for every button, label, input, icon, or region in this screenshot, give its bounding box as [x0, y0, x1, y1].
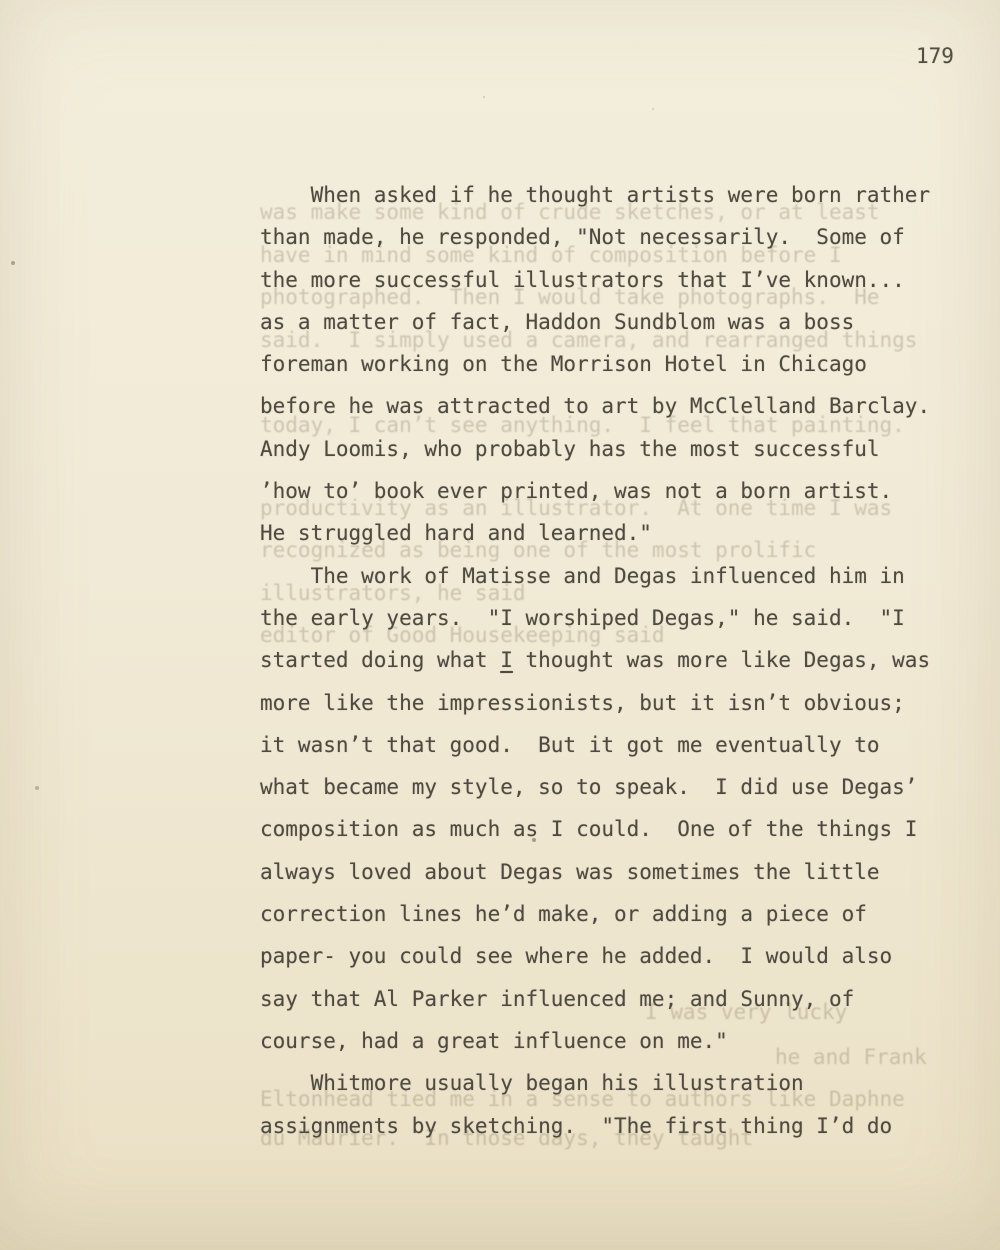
typed-line: the early years. "I worshiped Degas," he…	[260, 597, 930, 639]
typed-line: Whitmore usually began his illustration	[260, 1062, 930, 1104]
typed-line: what became my style, so to speak. I did…	[260, 766, 930, 808]
typed-line: Andy Loomis, who probably has the most s…	[260, 428, 930, 470]
manuscript-page: was make some kind of crude sketches, or…	[0, 0, 1000, 1250]
typed-line: When asked if he thought artists were bo…	[260, 174, 930, 216]
typed-line: correction lines he’d make, or adding a …	[260, 893, 930, 935]
typed-line: ’how to’ book ever printed, was not a bo…	[260, 470, 930, 512]
typed-text-block: When asked if he thought artists were bo…	[260, 174, 930, 1147]
typed-line: assignments by sketching. "The first thi…	[260, 1105, 930, 1147]
page-number: 179	[916, 44, 954, 68]
typed-line: foreman working on the Morrison Hotel in…	[260, 343, 930, 385]
typed-line: it wasn’t that good. But it got me event…	[260, 724, 930, 766]
typed-line: as a matter of fact, Haddon Sundblom was…	[260, 301, 930, 343]
typed-line: more like the impressionists, but it isn…	[260, 682, 930, 724]
typed-line: always loved about Degas was sometimes t…	[260, 851, 930, 893]
typed-line: say that Al Parker influenced me; and Su…	[260, 978, 930, 1020]
typed-line: paper- you could see where he added. I w…	[260, 935, 930, 977]
typed-line: started doing what I thought was more li…	[260, 639, 930, 681]
paper-specks	[0, 0, 2, 2]
typed-line: course, had a great influence on me."	[260, 1020, 930, 1062]
typed-line: than made, he responded, "Not necessaril…	[260, 216, 930, 258]
typed-line: composition as much as I could. One of t…	[260, 808, 930, 850]
typed-line: before he was attracted to art by McClel…	[260, 385, 930, 427]
typed-line: He struggled hard and learned."	[260, 512, 930, 554]
typed-line: the more successful illustrators that I’…	[260, 259, 930, 301]
typed-line: The work of Matisse and Degas influenced…	[260, 555, 930, 597]
